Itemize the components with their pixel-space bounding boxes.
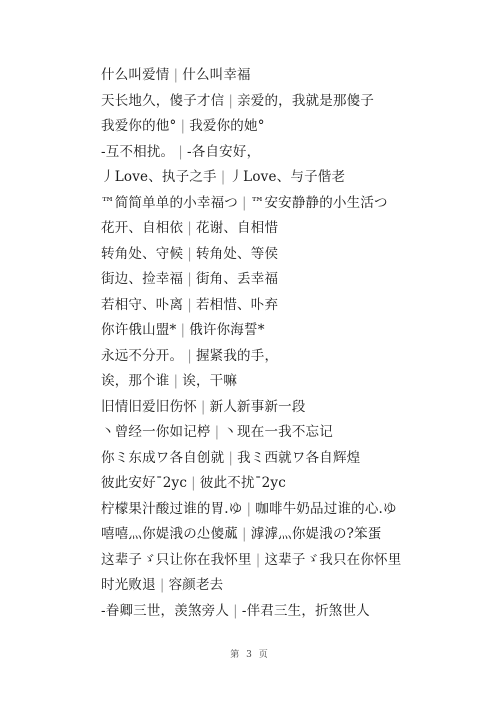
line-separator: | bbox=[238, 195, 251, 211]
line-separator: | bbox=[224, 93, 237, 109]
line-right-phrase: 什么叫幸福 bbox=[182, 67, 251, 83]
line-left-phrase: 时光败退 bbox=[101, 577, 156, 593]
line-right-phrase: 我爱你的她° bbox=[189, 118, 264, 134]
line-left-phrase: 丿Love、执子之手 bbox=[101, 169, 217, 185]
document-page: 什么叫爱情|什么叫幸福天长地久，傻子才信|亲爱的，我就是那傻子我爱你的他°|我爱… bbox=[0, 0, 500, 708]
line-right-phrase: 咖啡牛奶品过谁的心.ゆ bbox=[255, 501, 397, 517]
line-right-phrase: 丿Love、与子偕老 bbox=[229, 169, 345, 185]
line-right-phrase: 我ミ西就ワ各自辉煌 bbox=[237, 450, 360, 466]
text-line: 这辈子ゞ只让你在我怀里|这辈子ゞ我只在你怀里 bbox=[101, 548, 461, 574]
text-line: -互不相扰。|-各自安好， bbox=[101, 140, 461, 166]
line-separator: | bbox=[217, 169, 230, 185]
line-left-phrase: 花开、自相依 bbox=[101, 220, 183, 236]
line-left-phrase: -互不相扰。 bbox=[101, 144, 174, 160]
line-right-phrase: 丶现在一我不忘记 bbox=[223, 424, 333, 440]
line-left-phrase: 街边、捡幸福 bbox=[101, 271, 183, 287]
line-right-phrase: ™安安静静的小生活つ bbox=[251, 195, 388, 211]
line-separator: | bbox=[252, 552, 265, 568]
text-line: 转角处、守候|转角处、等侯 bbox=[101, 242, 461, 268]
text-line: ™简简单单的小幸福つ|™安安静静的小生活つ bbox=[101, 191, 461, 217]
line-right-phrase: -伴君三生，折煞世人 bbox=[242, 603, 370, 619]
line-separator: | bbox=[187, 475, 200, 491]
line-right-phrase: 花谢、自相惜 bbox=[196, 220, 278, 236]
line-left-phrase: 诶，那个谁 bbox=[101, 373, 170, 389]
text-line: 时光败退|容颜老去 bbox=[101, 573, 461, 599]
line-separator: | bbox=[183, 246, 196, 262]
text-line: -眷卿三世，羡煞旁人|-伴君三生，折煞世人 bbox=[101, 599, 461, 625]
text-line: 若相守、卟离|若相惜、卟弃 bbox=[101, 293, 461, 319]
text-line: 丿Love、执子之手|丿Love、与子偕老 bbox=[101, 165, 461, 191]
line-left-phrase: 柠檬果汁酸过谁的胃.ゆ bbox=[101, 501, 243, 517]
line-separator: | bbox=[176, 322, 189, 338]
text-line: 丶曾经一你如记楟|丶现在一我不忘记 bbox=[101, 420, 461, 446]
text-line: 你ミ东成ワ各自创就|我ミ西就ワ各自辉煌 bbox=[101, 446, 461, 472]
line-separator: | bbox=[170, 373, 183, 389]
text-line: 天长地久，傻子才信|亲爱的，我就是那傻子 bbox=[101, 89, 461, 115]
line-separator: | bbox=[229, 603, 242, 619]
line-separator: | bbox=[156, 577, 169, 593]
line-left-phrase: 彼此安好ˉ2yc bbox=[101, 475, 187, 491]
line-left-phrase: 永远不分开。 bbox=[101, 348, 183, 364]
line-left-phrase: 转角处、守候 bbox=[101, 246, 183, 262]
line-separator: | bbox=[211, 424, 224, 440]
line-separator: | bbox=[238, 526, 251, 542]
line-separator: | bbox=[183, 348, 196, 364]
line-left-phrase: 你许俄山盟* bbox=[101, 322, 176, 338]
line-separator: | bbox=[183, 297, 196, 313]
text-line: 诶，那个谁|诶，干嘛 bbox=[101, 369, 461, 395]
line-right-phrase: 新人新事新一段 bbox=[210, 399, 306, 415]
document-body: 什么叫爱情|什么叫幸福天长地久，傻子才信|亲爱的，我就是那傻子我爱你的他°|我爱… bbox=[101, 63, 461, 624]
text-line: 旧情旧爱旧伤怀|新人新事新一段 bbox=[101, 395, 461, 421]
line-right-phrase: 彼此不扰ˉ2yc bbox=[200, 475, 286, 491]
text-line: 我爱你的他°|我爱你的她° bbox=[101, 114, 461, 140]
line-left-phrase: 丶曾经一你如记楟 bbox=[101, 424, 211, 440]
text-line: 街边、捡幸福|街角、丢幸福 bbox=[101, 267, 461, 293]
line-right-phrase: 握紧我的手， bbox=[196, 348, 278, 364]
line-separator: | bbox=[174, 144, 187, 160]
line-right-phrase: 街角、丢幸福 bbox=[196, 271, 278, 287]
text-line: 彼此安好ˉ2yc|彼此不扰ˉ2yc bbox=[101, 471, 461, 497]
line-left-phrase: ™简简单单的小幸福つ bbox=[101, 195, 238, 211]
line-left-phrase: 你ミ东成ワ各自创就 bbox=[101, 450, 224, 466]
text-line: 嘻嘻灬你媞涐の尐傻蓏|滹滹灬你媞涐の?笨蛋 bbox=[101, 522, 461, 548]
line-separator: | bbox=[183, 220, 196, 236]
line-left-phrase: 天长地久，傻子才信 bbox=[101, 93, 224, 109]
text-line: 什么叫爱情|什么叫幸福 bbox=[101, 63, 461, 89]
line-right-phrase: 亲爱的，我就是那傻子 bbox=[237, 93, 374, 109]
line-left-phrase: 我爱你的他° bbox=[101, 118, 176, 134]
text-line: 永远不分开。|握紧我的手， bbox=[101, 344, 461, 370]
text-line: 你许俄山盟*|俄许你海誓* bbox=[101, 318, 461, 344]
line-left-phrase: -眷卿三世，羡煞旁人 bbox=[101, 603, 229, 619]
line-right-phrase: 滹滹灬你媞涐の?笨蛋 bbox=[251, 526, 382, 542]
line-left-phrase: 旧情旧爱旧伤怀 bbox=[101, 399, 197, 415]
line-right-phrase: 若相惜、卟弃 bbox=[196, 297, 278, 313]
line-separator: | bbox=[170, 67, 183, 83]
line-separator: | bbox=[197, 399, 210, 415]
line-separator: | bbox=[224, 450, 237, 466]
page-number: 第 3 页 bbox=[0, 647, 500, 660]
line-left-phrase: 什么叫爱情 bbox=[101, 67, 170, 83]
text-line: 柠檬果汁酸过谁的胃.ゆ|咖啡牛奶品过谁的心.ゆ bbox=[101, 497, 461, 523]
line-right-phrase: 这辈子ゞ我只在你怀里 bbox=[264, 552, 401, 568]
line-separator: | bbox=[176, 118, 189, 134]
line-right-phrase: 俄许你海誓* bbox=[189, 322, 264, 338]
line-separator: | bbox=[243, 501, 256, 517]
line-left-phrase: 这辈子ゞ只让你在我怀里 bbox=[101, 552, 252, 568]
text-line: 花开、自相依|花谢、自相惜 bbox=[101, 216, 461, 242]
line-right-phrase: -各自安好， bbox=[187, 144, 260, 160]
line-left-phrase: 若相守、卟离 bbox=[101, 297, 183, 313]
line-left-phrase: 嘻嘻灬你媞涐の尐傻蓏 bbox=[101, 526, 238, 542]
line-right-phrase: 转角处、等侯 bbox=[196, 246, 278, 262]
line-separator: | bbox=[183, 271, 196, 287]
line-right-phrase: 诶，干嘛 bbox=[182, 373, 237, 389]
line-right-phrase: 容颜老去 bbox=[169, 577, 224, 593]
